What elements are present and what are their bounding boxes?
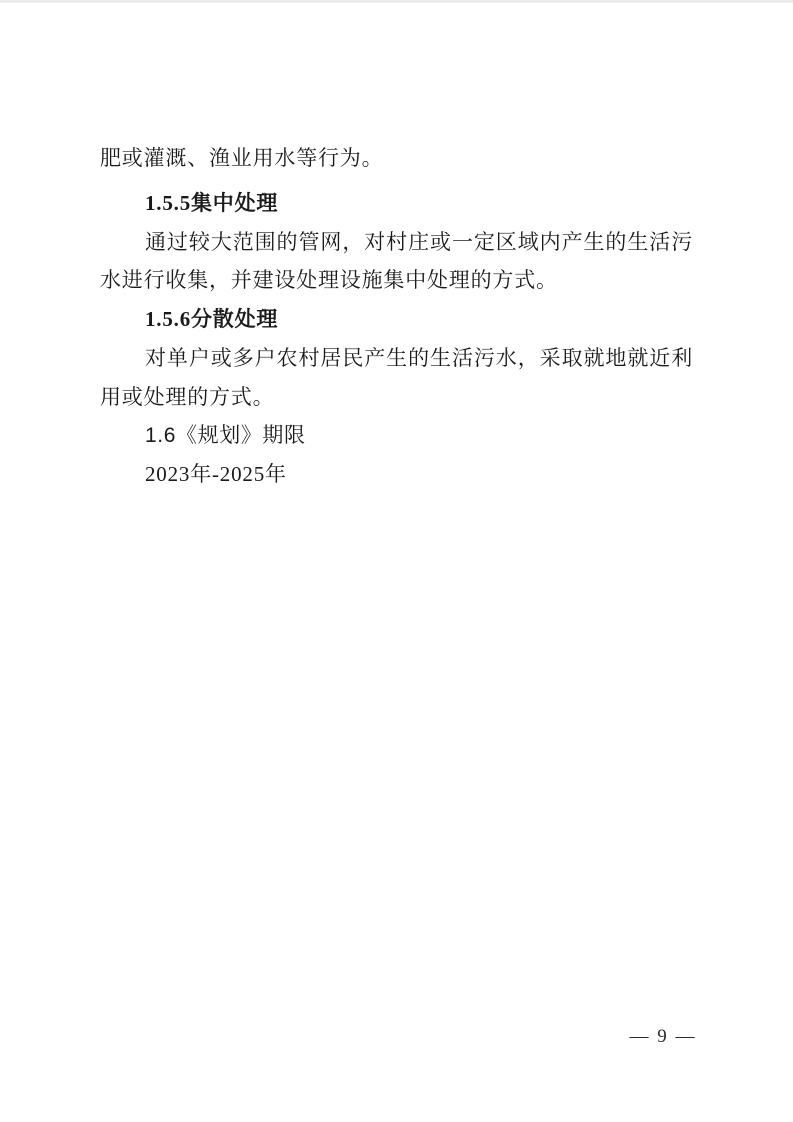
paragraph-continuation: 肥或灌溉、渔业用水等行为。 [100, 139, 693, 178]
document-content: 肥或灌溉、渔业用水等行为。 1.5.5集中处理 通过较大范围的管网，对村庄或一定… [100, 139, 693, 494]
plan-period-text: 2023年-2025年 [100, 455, 693, 494]
page-top-edge [0, 0, 793, 3]
paragraph-decentralized-treatment: 对单户或多户农村居民产生的生活污水，采取就地就近利用或处理的方式。 [100, 339, 693, 417]
page-number: — 9 — [628, 1026, 698, 1048]
section-heading-1-6: 1.6《规划》期限 [100, 417, 693, 456]
section-heading-1-5-5: 1.5.5集中处理 [100, 184, 693, 223]
section-heading-1-5-6: 1.5.6分散处理 [100, 300, 693, 339]
paragraph-centralized-treatment: 通过较大范围的管网，对村庄或一定区域内产生的生活污水进行收集，并建设处理设施集中… [100, 223, 693, 301]
document-page: 肥或灌溉、渔业用水等行为。 1.5.5集中处理 通过较大范围的管网，对村庄或一定… [0, 0, 793, 1122]
